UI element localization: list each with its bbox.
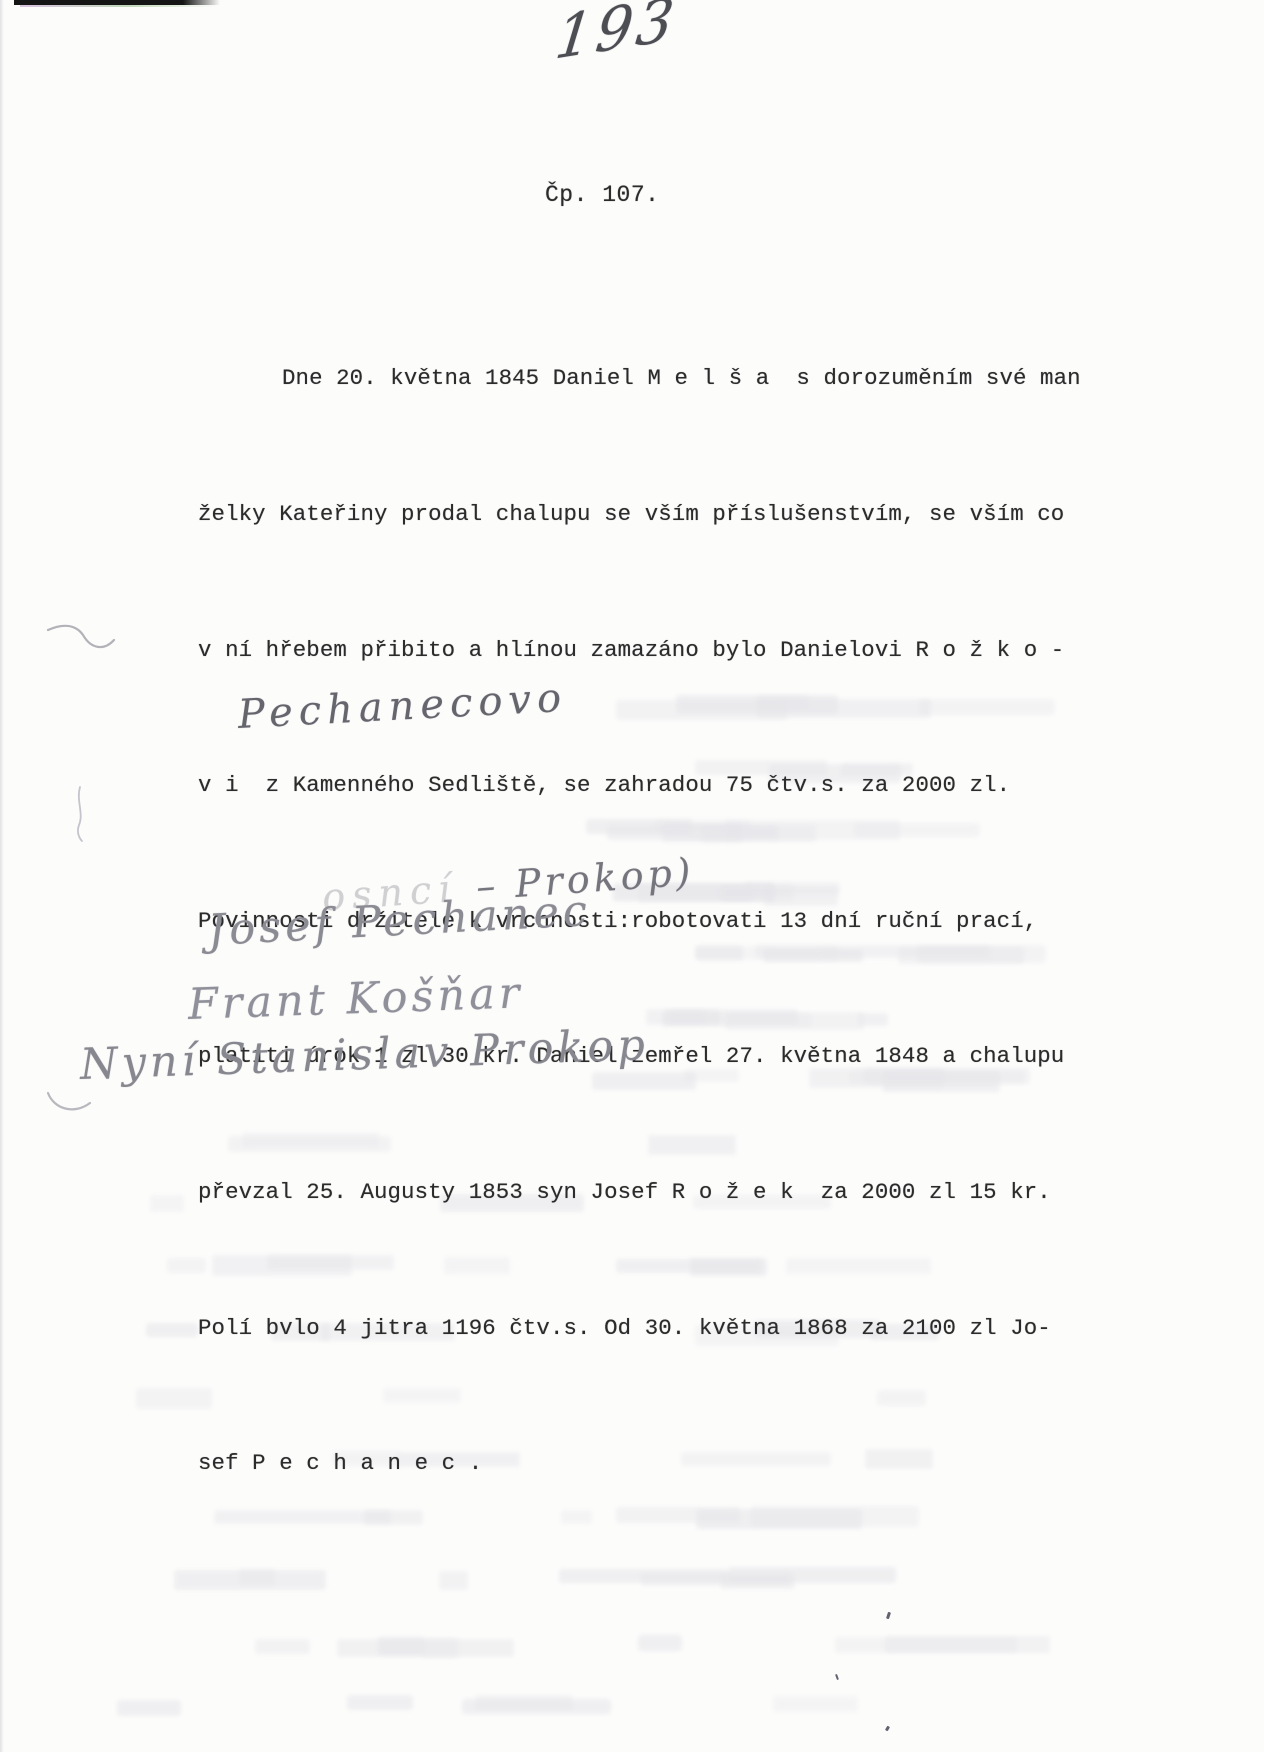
typed-line: Dne 20. května 1845 Daniel M e l š a s d… [198,356,1098,401]
ghost-bleedthrough-row [378,1637,423,1656]
ink-speck [886,1612,891,1620]
ghost-bleedthrough-row [638,1635,681,1651]
ghost-bleedthrough-row [773,1696,858,1713]
typed-line: převzal 25. Augusty 1853 syn Josef R o ž… [198,1170,1098,1215]
ghost-bleedthrough-row [835,1637,1017,1653]
house-number-heading: Čp. 107. [545,182,659,208]
ghost-bleedthrough-row [255,1639,310,1654]
pencil-squiggle [70,785,92,843]
typed-line: v ní hřebem přibito a hlínou zamazáno by… [198,628,1098,673]
ink-speck [885,1726,890,1732]
scanned-document-page: 193 Čp. 107. Dne 20. května 1845 Daniel … [0,0,1264,1752]
ghost-bleedthrough-row [117,1700,181,1716]
pencil-squiggle [46,618,118,658]
ink-speck [835,1674,839,1680]
scan-edge-artifact-left [0,0,4,1752]
ghost-bleedthrough-row [462,1699,611,1714]
typed-line: Polí bvlo 4 jitra 1196 čtv.s. Od 30. kvě… [198,1306,1098,1351]
ghost-bleedthrough-row [146,1323,199,1337]
ghost-bleedthrough-row [150,1195,184,1212]
ghost-bleedthrough-row [347,1695,413,1710]
typed-line: želky Kateřiny prodal chalupu se vším př… [198,492,1098,537]
ghost-bleedthrough-row [337,1639,515,1658]
scan-edge-color-fringe [20,5,216,7]
handwritten-page-number: 193 [552,0,682,73]
ghost-bleedthrough-row [885,1636,1050,1652]
pencil-squiggle [46,1088,94,1118]
ghost-bleedthrough-row [475,1695,572,1709]
typed-line: v i z Kamenného Sedliště, se zahradou 75… [198,763,1098,808]
typed-line: sef P e c h a n e c . [198,1441,1098,1486]
ghost-bleedthrough-row [421,1638,457,1657]
